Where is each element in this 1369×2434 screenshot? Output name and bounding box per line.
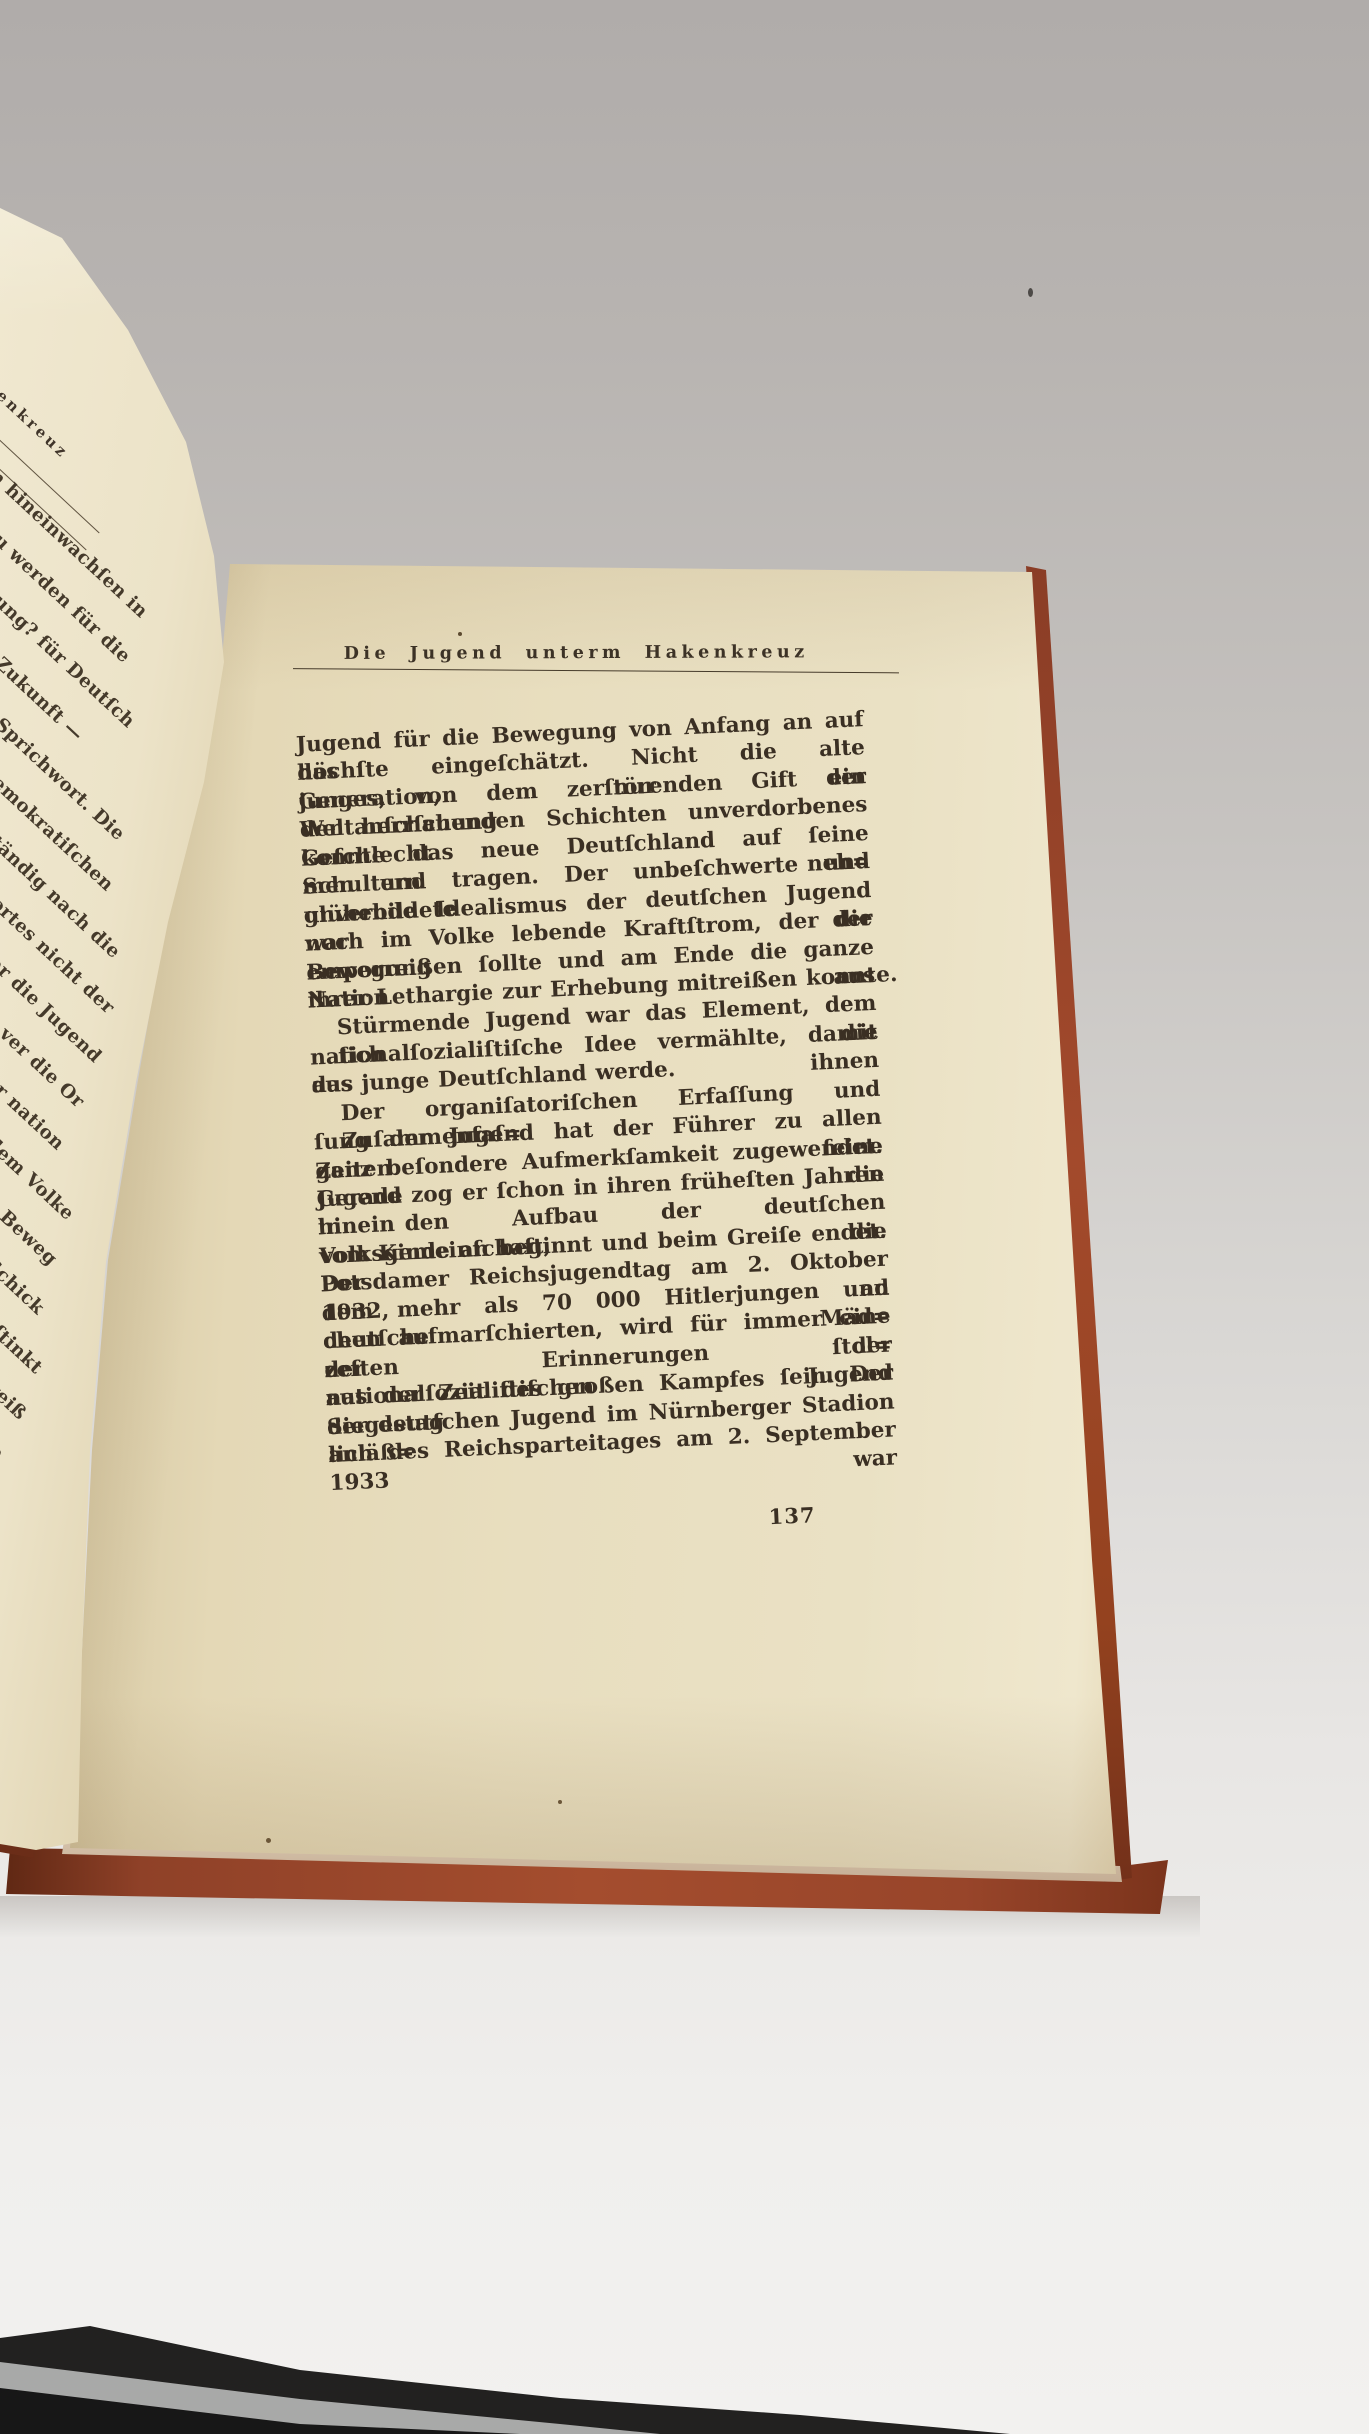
page-text-block: Die Jugend unterm Hakenkreuz Jugend für … bbox=[292, 630, 900, 1549]
wall-speck bbox=[1028, 288, 1033, 297]
paper-speck bbox=[266, 1838, 271, 1843]
body-lines: Jugend für die Bewegung von Anfang an au… bbox=[295, 706, 896, 1470]
header-rule bbox=[293, 668, 899, 673]
photo-of-open-book: erm Hakenkreuz haren hineinwachſen inder… bbox=[0, 0, 1369, 2434]
paper-speck bbox=[458, 632, 462, 636]
page-running-header: Die Jugend unterm Hakenkreuz bbox=[292, 642, 860, 664]
left-page-header-fragment: erm Hakenkreuz bbox=[0, 320, 73, 462]
paper-speck bbox=[558, 1800, 562, 1804]
